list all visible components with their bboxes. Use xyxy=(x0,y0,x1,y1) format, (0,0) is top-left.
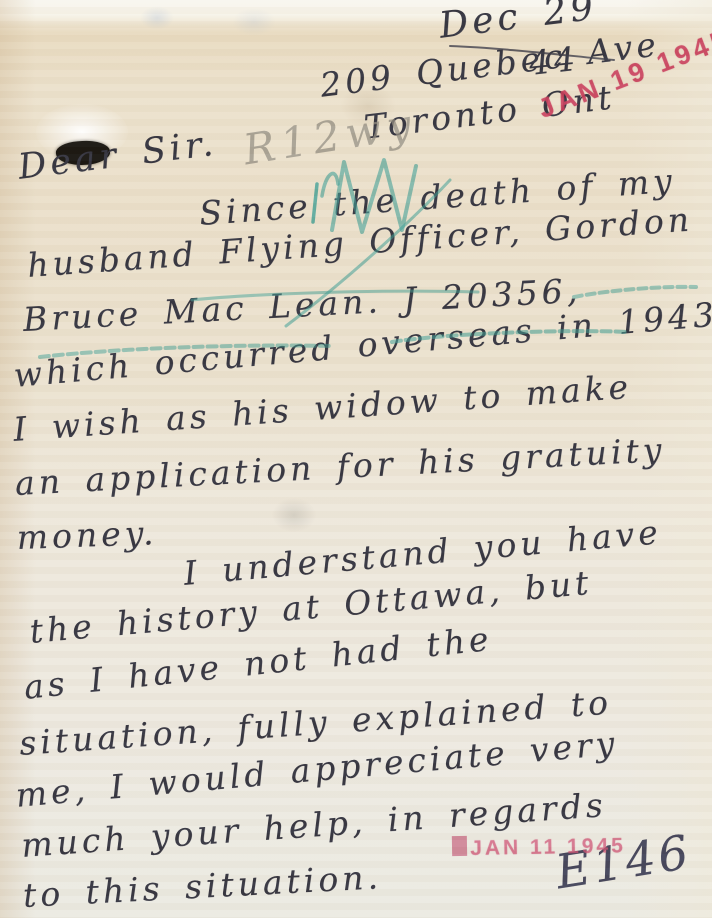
body-line: to this situation. xyxy=(22,857,383,915)
body-line: money. xyxy=(16,513,158,557)
paper-smudge xyxy=(232,8,276,36)
teal-underline-gordon xyxy=(574,287,696,297)
salutation: Dear Sir. xyxy=(16,124,219,188)
date-stamp-bottom: JAN 11 1945 xyxy=(470,834,626,861)
letter-page: Dec 29 44 209 Quebec Ave Toronto Ont Dea… xyxy=(0,0,712,918)
paper-smudge xyxy=(272,498,316,532)
date-stamp-box xyxy=(452,836,467,856)
pencil-scribble: R12wy xyxy=(240,99,420,175)
paper-smudge xyxy=(140,6,174,30)
